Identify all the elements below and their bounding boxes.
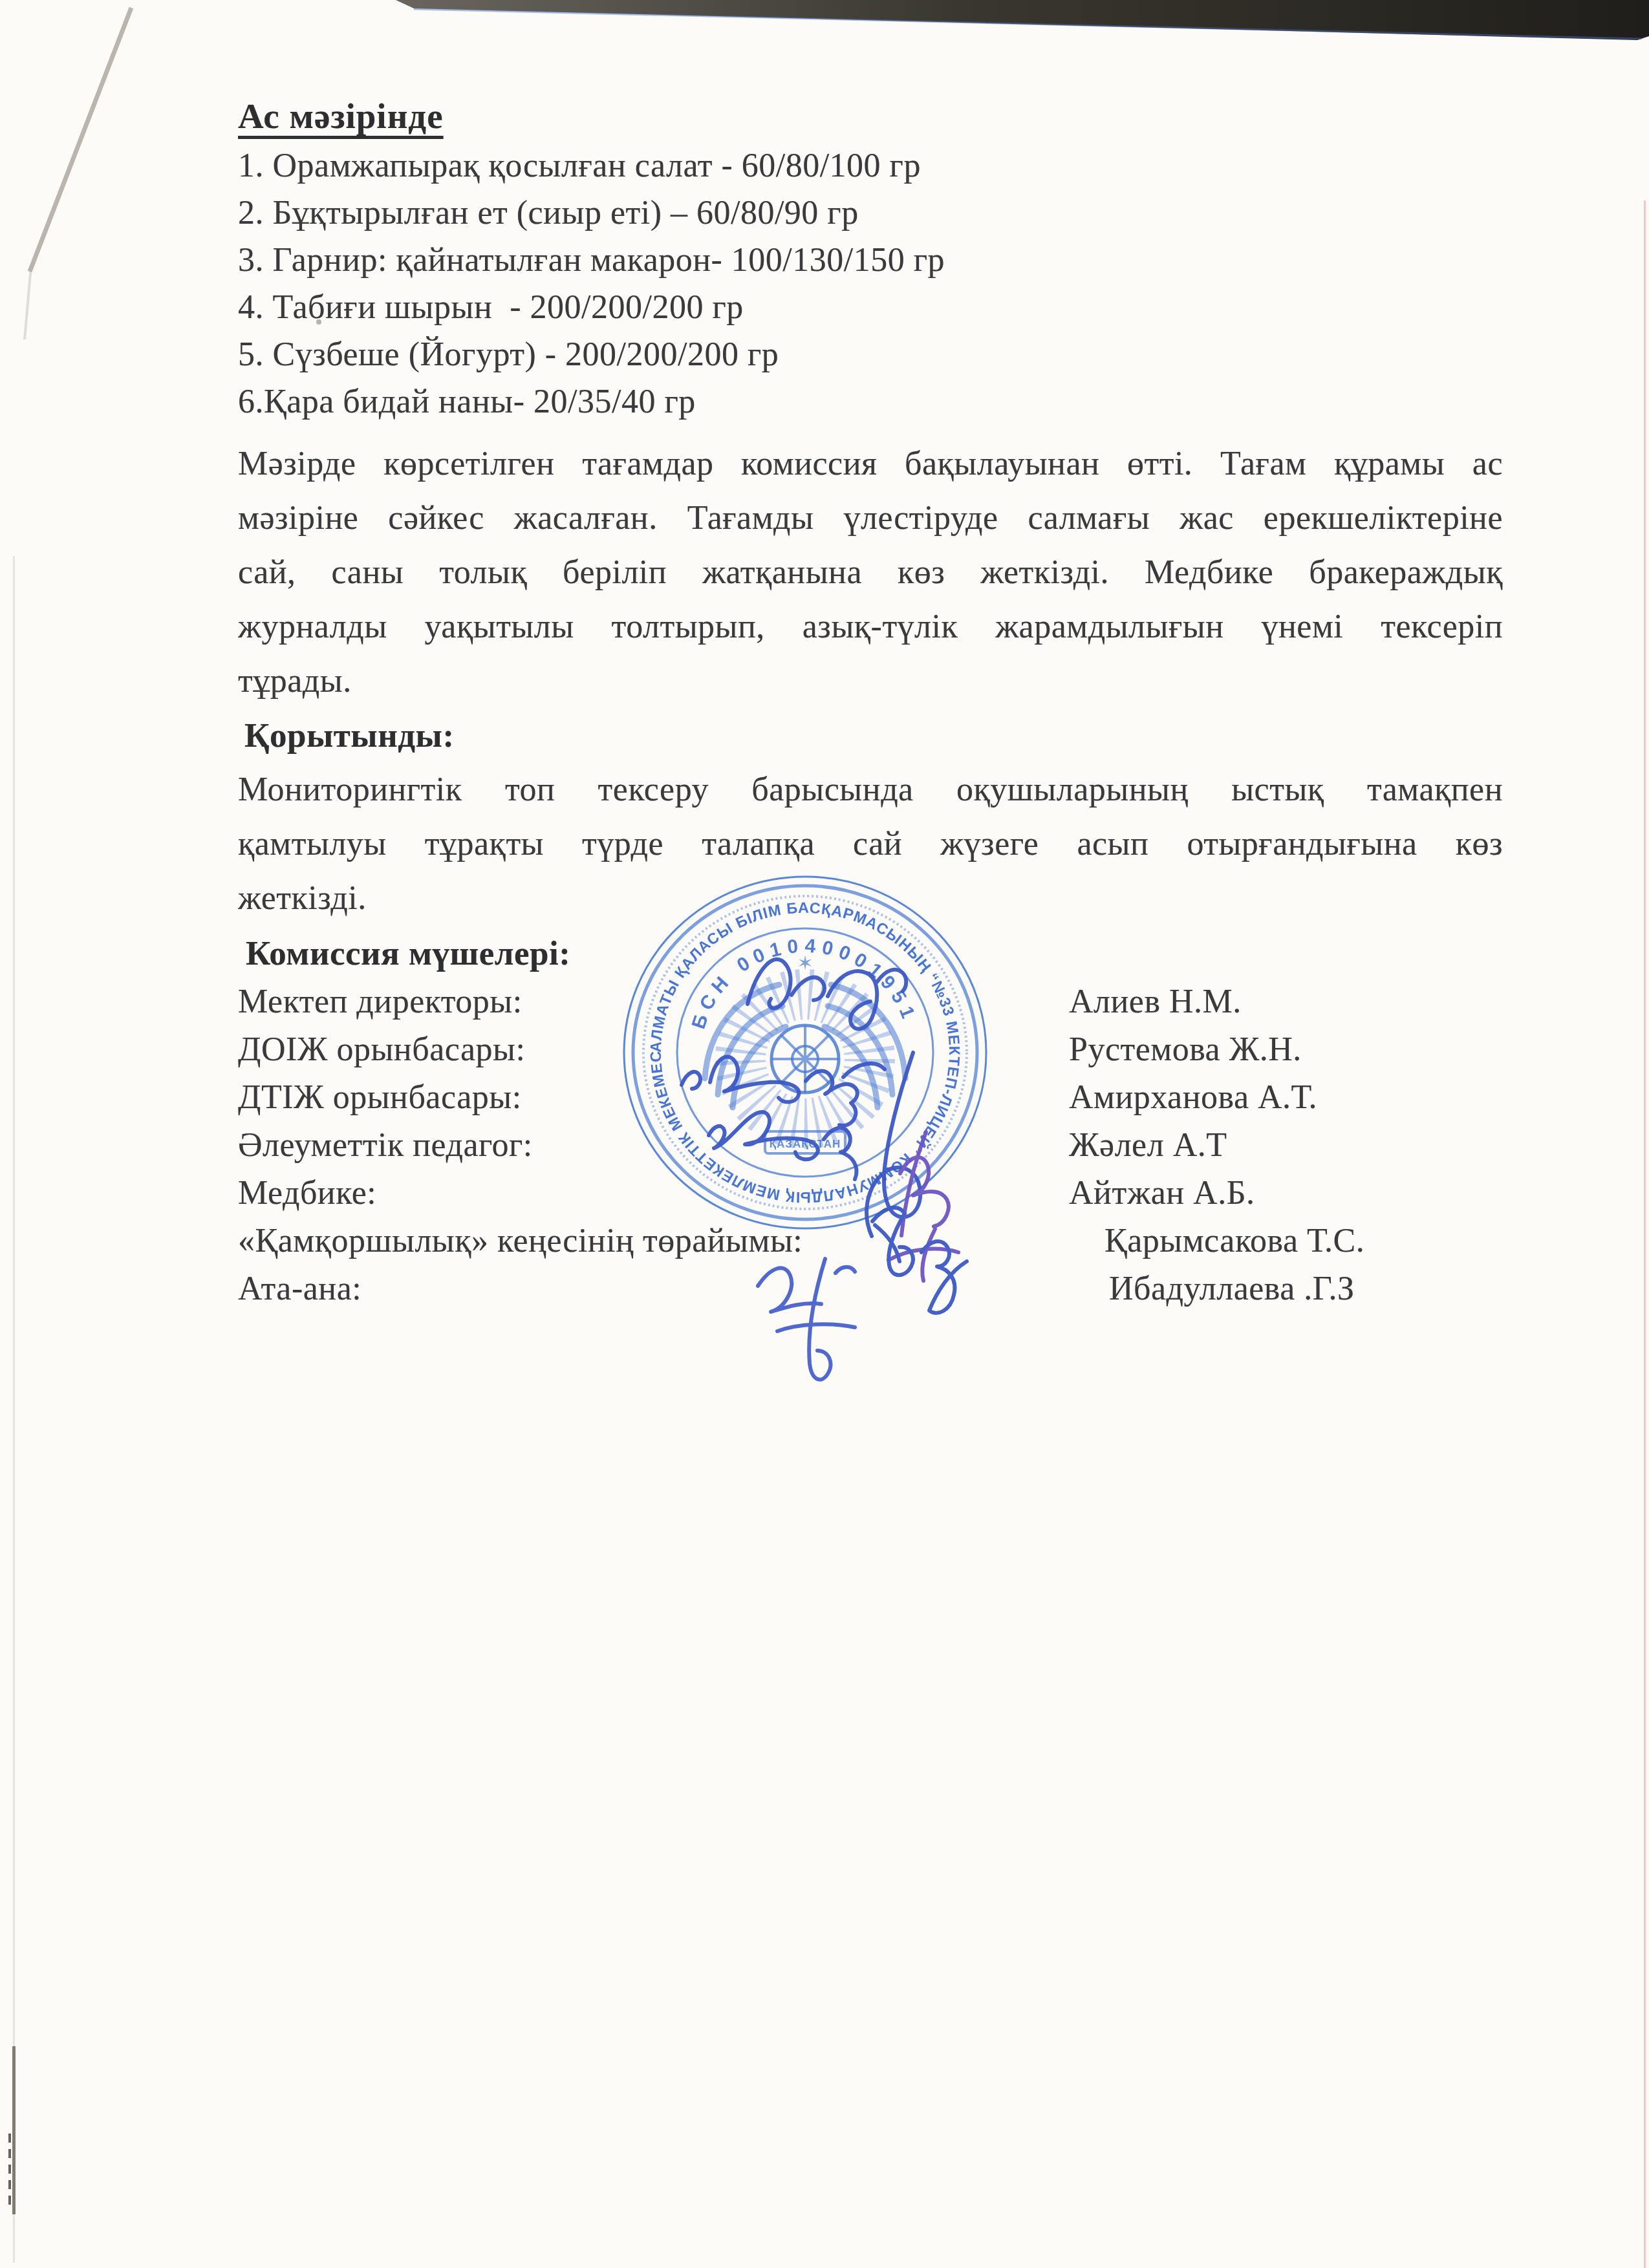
paragraph-line: сай, саны толық беріліп жатқанына көз же… <box>238 546 1503 600</box>
paragraph-line: журналды уақытылы толтырып, азық-түлік ж… <box>238 600 1503 654</box>
conclusion-heading: Қорытынды: <box>238 709 1503 763</box>
menu-item-2: 2. Бұқтырылған ет (сиыр еті) – 60/80/90 … <box>238 189 1503 237</box>
paragraph-line: қамтылуы тұрақты түрде талапқа сай жүзег… <box>238 817 1503 872</box>
left-edge-streak <box>13 556 15 2263</box>
commission-member-row: Ата-ана: Ибадуллаева .Г.З <box>238 1270 1503 1318</box>
menu-item-6: 6.Қара бидай наны- 20/35/40 гр <box>238 378 1503 425</box>
paragraph-line: Мәзірде көрсетілген тағамдар комиссия ба… <box>238 437 1503 491</box>
commission-member-row: Медбике: Айтжан А.Б. <box>238 1174 1503 1222</box>
member-name: Рустемова Ж.Н. <box>1069 1031 1503 1069</box>
left-edge-dark-segment <box>12 2046 16 2214</box>
right-edge-pink-line <box>1644 200 1646 2268</box>
member-name: Ибадуллаева .Г.З <box>1069 1270 1503 1308</box>
commission-member-row: ДТІЖ орынбасары: Амирханова А.Т. <box>238 1078 1503 1126</box>
member-name: Қарымсакова Т.С. <box>1069 1222 1503 1260</box>
member-role: «Қамқоршылық» кеңесінің төрайымы: <box>238 1222 1069 1260</box>
scanner-shadow-blue-edge <box>414 9 1641 39</box>
member-role: Әлеуметтік педагог: <box>238 1126 1069 1164</box>
scanner-shadow-top <box>396 0 1649 40</box>
menu-item-4: 4. Табиғи шырын - 200/200/200 гр <box>238 284 1503 331</box>
member-role: ДТІЖ орынбасары: <box>238 1078 1069 1117</box>
conclusion-paragraph: Мониторингтік топ тексеру барысында оқуш… <box>238 763 1503 926</box>
menu-list: 1. Орамжапырақ қосылған салат - 60/80/10… <box>238 142 1503 425</box>
commission-heading: Комиссия мүшелері: <box>238 926 1503 981</box>
scanned-document-page: Ас мәзірінде 1. Орамжапырақ қосылған сал… <box>0 0 1649 2268</box>
commission-member-row: ДОІЖ орынбасары: Рустемова Ж.Н. <box>238 1031 1503 1078</box>
paragraph-line: мәзіріне сәйкес жасалған. Тағамды үлесті… <box>238 491 1503 546</box>
inspection-paragraph: Мәзірде көрсетілген тағамдар комиссия ба… <box>238 437 1503 709</box>
menu-item-3: 3. Гарнир: қайнатылған макарон- 100/130/… <box>238 237 1503 284</box>
page-fold-line-tail <box>25 266 31 339</box>
commission-member-row: Мектеп директоры: Алиев Н.М. <box>238 983 1503 1031</box>
commission-member-row: Әлеуметтік педагог: Жәлел А.Т <box>238 1126 1503 1174</box>
member-name: Айтжан А.Б. <box>1069 1174 1503 1212</box>
member-role: Медбике: <box>238 1174 1069 1212</box>
document-content: Ас мәзірінде 1. Орамжапырақ қосылған сал… <box>238 97 1503 1318</box>
member-role: ДОІЖ орынбасары: <box>238 1031 1069 1069</box>
paragraph-line: Мониторингтік топ тексеру барысында оқуш… <box>238 763 1503 817</box>
commission-member-row: «Қамқоршылық» кеңесінің төрайымы: Қарымс… <box>238 1222 1503 1270</box>
page-title: Ас мәзірінде <box>238 97 1503 136</box>
menu-item-5: 5. Сүзбеше (Йогурт) - 200/200/200 гр <box>238 331 1503 378</box>
member-role: Ата-ана: <box>238 1270 1069 1308</box>
member-name: Алиев Н.М. <box>1069 983 1503 1021</box>
member-name: Жәлел А.Т <box>1069 1126 1503 1164</box>
commission-members-list: Мектеп директоры: Алиев Н.М. ДОІЖ орынба… <box>238 983 1503 1318</box>
member-role: Мектеп директоры: <box>238 983 1069 1021</box>
member-name: Амирханова А.Т. <box>1069 1078 1503 1117</box>
paragraph-line: тұрады. <box>238 654 1503 709</box>
paragraph-line: жеткізді. <box>238 872 1503 926</box>
menu-item-1: 1. Орамжапырақ қосылған салат - 60/80/10… <box>238 142 1503 189</box>
page-fold-line <box>30 8 131 272</box>
